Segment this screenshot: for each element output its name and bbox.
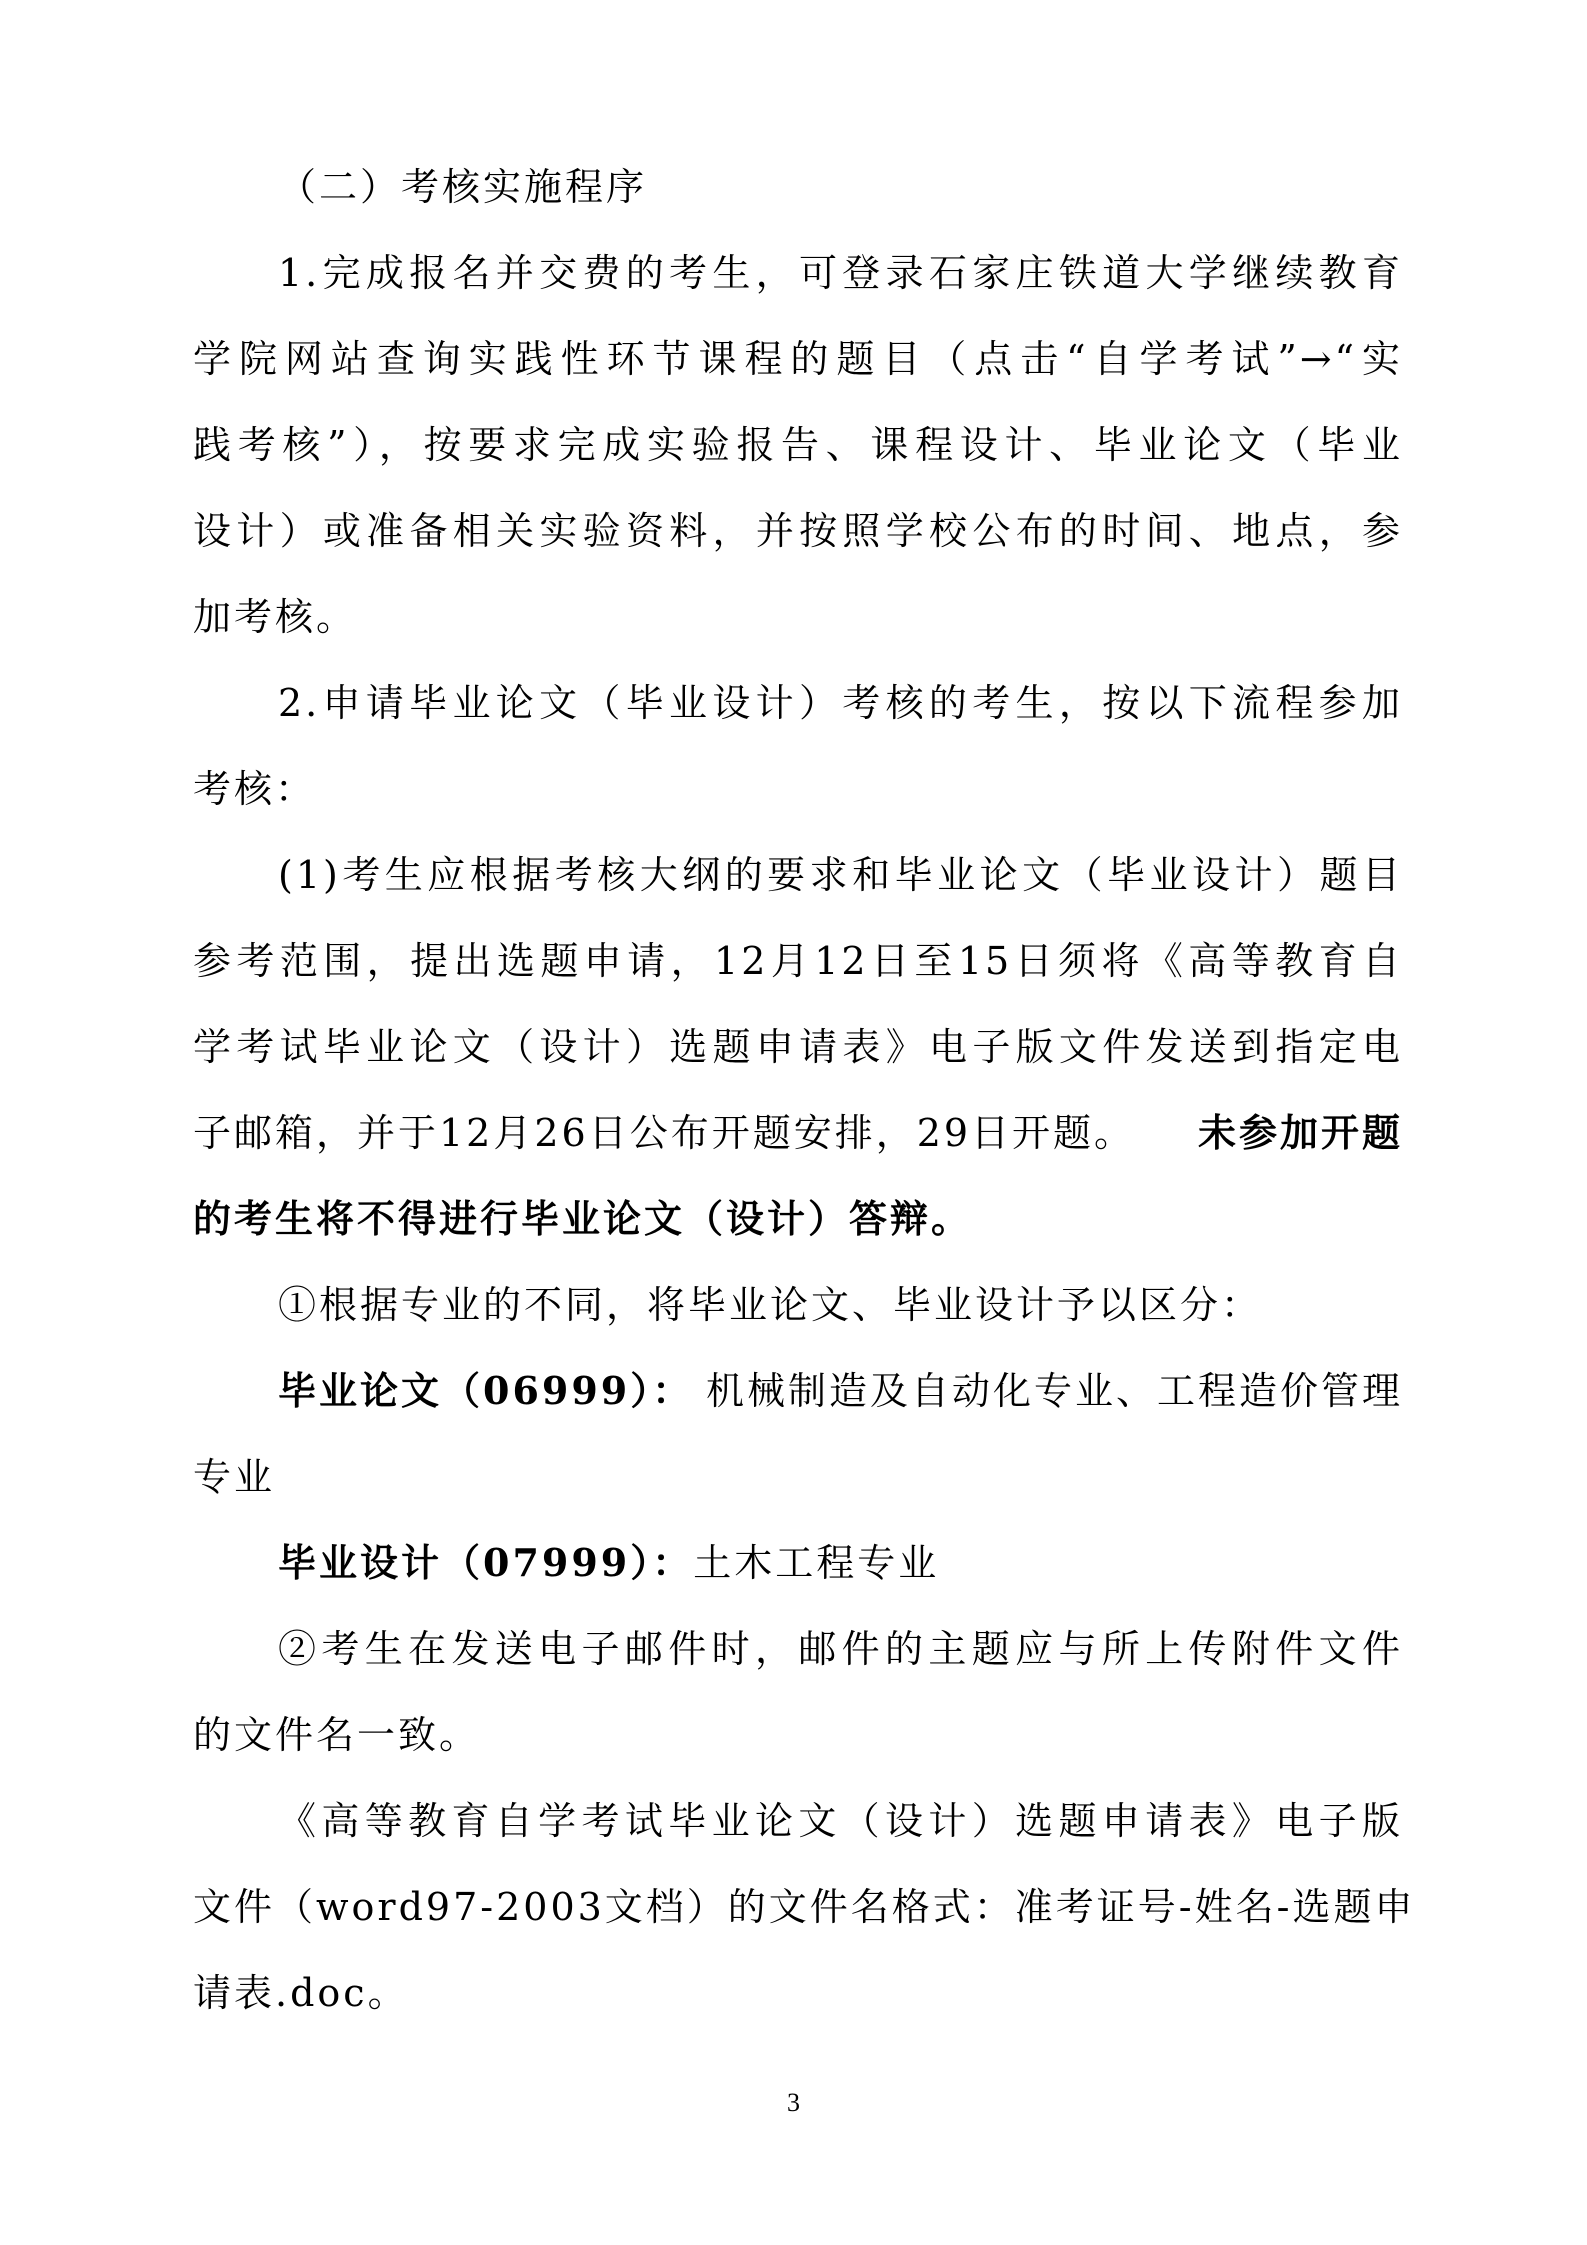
paragraph-line: 子邮箱，并于12月26日公布开题安排，29日开题。 未参加开题 — [193, 1108, 1403, 1158]
major-classification: 毕业设计（07999）：土木工程专业 — [278, 1538, 939, 1588]
paragraph-line: (1)考生应根据考核大纲的要求和毕业论文（毕业设计）题目 — [278, 850, 1403, 900]
page-number: 3 — [0, 2088, 1587, 2118]
paragraph-line: 加考核。 — [193, 592, 357, 642]
paragraph-line: 设计）或准备相关实验资料，并按照学校公布的时间、地点，参 — [193, 506, 1403, 556]
paragraph-line: 2.申请毕业论文（毕业设计）考核的考生，按以下流程参加 — [278, 678, 1403, 728]
paragraph-line: 《高等教育自学考试毕业论文（设计）选题申请表》电子版 — [278, 1796, 1403, 1846]
emphasis-text: 未参加开题 — [1198, 1108, 1403, 1158]
design-majors: 土木工程专业 — [693, 1541, 939, 1585]
paragraph-line: 学院网站查询实践性环节课程的题目（点击“自学考试”→“实 — [193, 334, 1403, 384]
thesis-majors: 机械制造及自动化专业、工程造价管理 — [706, 1366, 1403, 1416]
paragraph-line: 参考范围，提出选题申请，12月12日至15日须将《高等教育自 — [193, 936, 1403, 986]
paragraph-line: 1.完成报名并交费的考生，可登录石家庄铁道大学继续教育 — [278, 248, 1403, 298]
paragraph-line: 专业 — [193, 1452, 275, 1502]
document-page: （二）考核实施程序 1.完成报名并交费的考生，可登录石家庄铁道大学继续教育 学院… — [0, 0, 1587, 2245]
section-heading: （二）考核实施程序 — [278, 162, 647, 212]
paragraph-line: 的文件名一致。 — [193, 1710, 480, 1760]
paragraph-line: 考核： — [193, 764, 316, 814]
thesis-code-label: 毕业论文（06999）： — [278, 1366, 693, 1416]
paragraph-line: 文件（word97-2003文档）的文件名格式：准考证号-姓名-选题申 — [193, 1882, 1403, 1932]
paragraph-line: 学考试毕业论文（设计）选题申请表》电子版文件发送到指定电 — [193, 1022, 1403, 1072]
paragraph-line: 请表.doc。 — [193, 1968, 409, 2018]
paragraph-line: 践考核”），按要求完成实验报告、课程设计、毕业论文（毕业 — [193, 420, 1403, 470]
major-classification: 毕业论文（06999）： 机械制造及自动化专业、工程造价管理 — [278, 1366, 1403, 1416]
emphasis-line: 的考生将不得进行毕业论文（设计）答辩。 — [193, 1194, 972, 1244]
design-code-label: 毕业设计（07999）： — [278, 1540, 693, 1585]
list-item: ②考生在发送电子邮件时，邮件的主题应与所上传附件文件 — [278, 1624, 1403, 1674]
list-item: ①根据专业的不同，将毕业论文、毕业设计予以区分： — [278, 1280, 1262, 1330]
paragraph-text: 子邮箱，并于12月26日公布开题安排，29日开题。 — [193, 1108, 1135, 1158]
